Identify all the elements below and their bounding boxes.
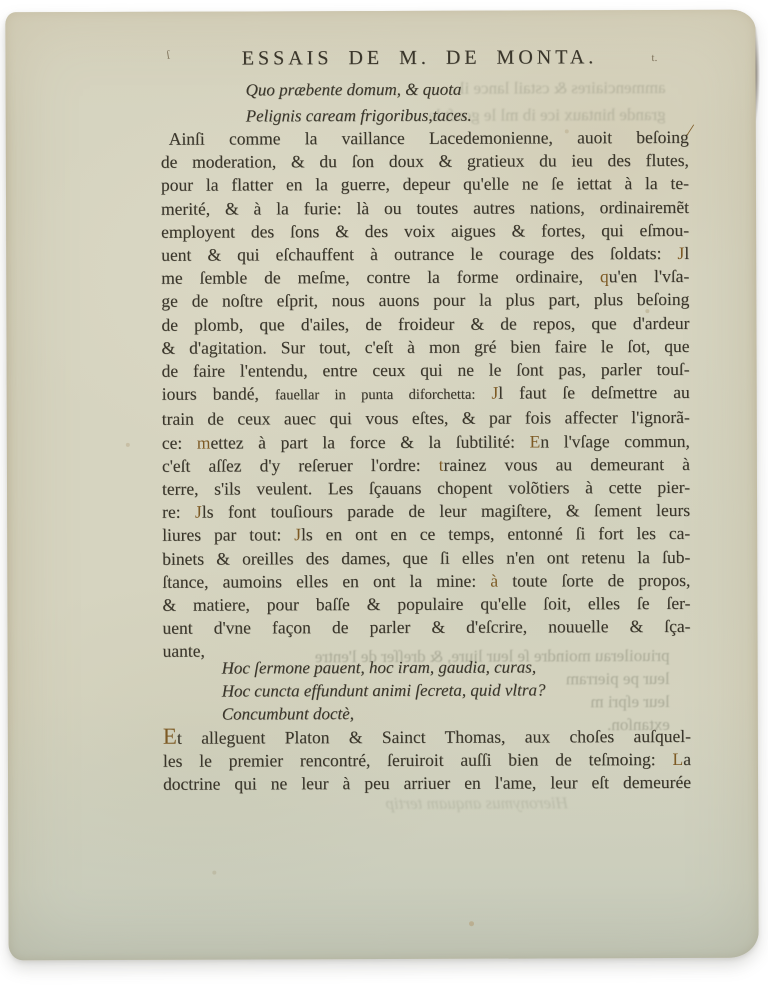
body-text-line: terre, s'ils veulent. Les ſçauans chopen… (162, 476, 690, 501)
body-text-line: me ſemble de meſme, contre la forme ordi… (161, 265, 689, 290)
printed-text: toute ſorte de propos, (498, 570, 690, 591)
foxing-specks (5, 12, 7, 14)
pen-slash-mark: / (685, 120, 695, 142)
body-text-line: de plomb, que d'ailes, de froideur & de … (161, 312, 689, 337)
printed-text: les le premier rencontré, ſeruiroit auſſ… (163, 749, 673, 771)
handwritten-correction: E (163, 724, 177, 749)
body-text-line: & matiere, pour baſſe & populaire qu'ell… (162, 592, 690, 617)
body-text-line: liures par tout: Jls en ont en ce temps,… (162, 522, 690, 547)
printed-text: u'en l'vſa- (609, 266, 690, 286)
body-text-line: train de ceux auec qui vous eſtes, & par… (162, 406, 690, 431)
printed-text: a (683, 749, 691, 769)
body-text-line: de moderation, & du ſon doux & gratieux … (161, 149, 689, 174)
printed-text: n l'vſage commun, (540, 431, 690, 452)
epigraph-line: Quo præbente domum, & quota (246, 76, 586, 103)
italian-phrase: fauellar in punta diforchetta: (275, 387, 476, 404)
printed-text: iours bandé, (162, 384, 275, 404)
printed-text: re: (162, 502, 195, 522)
scanned-page: ammenciaires & cstail lance ilgrande hin… (5, 10, 758, 961)
body-text-line: doctrine qui ne leur à peu arriuer en l'… (163, 771, 691, 796)
printed-text (475, 383, 491, 403)
bleedthrough-line: Hieronymus anquam tertip (298, 793, 568, 814)
printed-text: ce: (162, 432, 197, 452)
printed-text: t alleguent Platon & Sainct Thomas, aux … (177, 726, 691, 748)
handwritten-correction: m (197, 432, 211, 452)
body-text-line: iours bandé, fauellar in punta diforchet… (162, 381, 690, 408)
verse-line: Hoc cuncta effundunt animi ſecreta, quid… (222, 678, 642, 702)
body-text-line: uent d'vne façon de parler & d'eſcrire, … (162, 615, 690, 640)
running-header: ESSAIS DE M. DE MONTA. (155, 46, 683, 71)
body-text-line: ſtance, aumoins elles en ont la mine: à … (162, 569, 690, 594)
scanned-book-photograph: { "document": { "running_header": "ESSAI… (0, 0, 768, 985)
body-text-line: pour la flatter en la guerre, depeur qu'… (161, 172, 689, 197)
epigraph-line: Pelignis caream frigoribus,taces. (246, 102, 586, 129)
printed-text: me ſemble de meſme, contre la forme ordi… (161, 266, 600, 288)
body-text-line: les le premier rencontré, ſeruiroit auſſ… (163, 748, 691, 773)
printed-text: rainez vous au demeurant à (444, 454, 690, 475)
verse-line: Concumbunt doctè, (222, 701, 642, 725)
printed-text: l (684, 243, 689, 263)
body-paragraph-1: Ainſi comme la vaillance Lacedemonienne,… (161, 126, 691, 664)
body-text-line: de faire l'entendu, entre ceux qui ne le… (162, 358, 690, 383)
latin-verse: Hoc ſermone pauent, hoc iram, gaudia, cu… (222, 655, 642, 725)
body-text-line: ge de noſtre eſprit, nous auons pour la … (161, 288, 689, 313)
verse-line: Hoc ſermone pauent, hoc iram, gaudia, cu… (222, 655, 642, 679)
body-text-line: Ainſi comme la vaillance Lacedemonienne,… (161, 126, 689, 151)
handwritten-correction: E (530, 431, 541, 451)
printed-text: liures par tout: (162, 525, 294, 545)
body-text-line: Et alleguent Platon & Sainct Thomas, aux… (163, 723, 691, 750)
printed-text: c'eſt aſſez d'y reſeruer l'ordre: (162, 455, 439, 476)
body-text-line: uent & qui eſchauffent à outrance le cou… (161, 242, 689, 267)
body-text-line: & d'agitation. Sur tout, c'eſt à mon gré… (161, 335, 689, 360)
printed-text: uent & qui eſchauffent à outrance le cou… (161, 243, 677, 265)
bleedthrough-text-bottom: Hieronymus anquam tertip (298, 793, 568, 814)
body-paragraph-2: Et alleguent Platon & Sainct Thomas, aux… (163, 723, 691, 796)
handwritten-correction: L (672, 749, 683, 769)
handwritten-correction: à (490, 570, 498, 590)
body-text-line: ce: mettez à part la force & la ſubtilit… (162, 430, 690, 455)
printed-text: l faut ſe deſmettre au (498, 382, 690, 403)
printed-text: ls en ont en ce temps, entonné ſi fort l… (301, 523, 690, 544)
body-text-line: employent des ſons & des voix aigues & f… (161, 219, 689, 244)
pen-corner-mark: t. (651, 52, 657, 64)
body-text-line: merité, & à la furie: là ou toutes autre… (161, 196, 689, 221)
body-text-line: re: Jls font touſiours parade de leur ma… (162, 499, 690, 524)
printed-text: ls font touſiours parade de leur magiſte… (202, 500, 690, 522)
body-text-line: binets & oreilles des dames, que ſi elle… (162, 546, 690, 571)
latin-epigraph: Quo præbente domum, & quotaPelignis care… (246, 76, 586, 129)
printed-text: ſtance, aumoins elles en ont la mine: (162, 570, 490, 591)
body-text-line: c'eſt aſſez d'y reſeruer l'ordre: traine… (162, 453, 690, 478)
printed-text: ettez à part la force & la ſubtilité: (210, 431, 529, 452)
